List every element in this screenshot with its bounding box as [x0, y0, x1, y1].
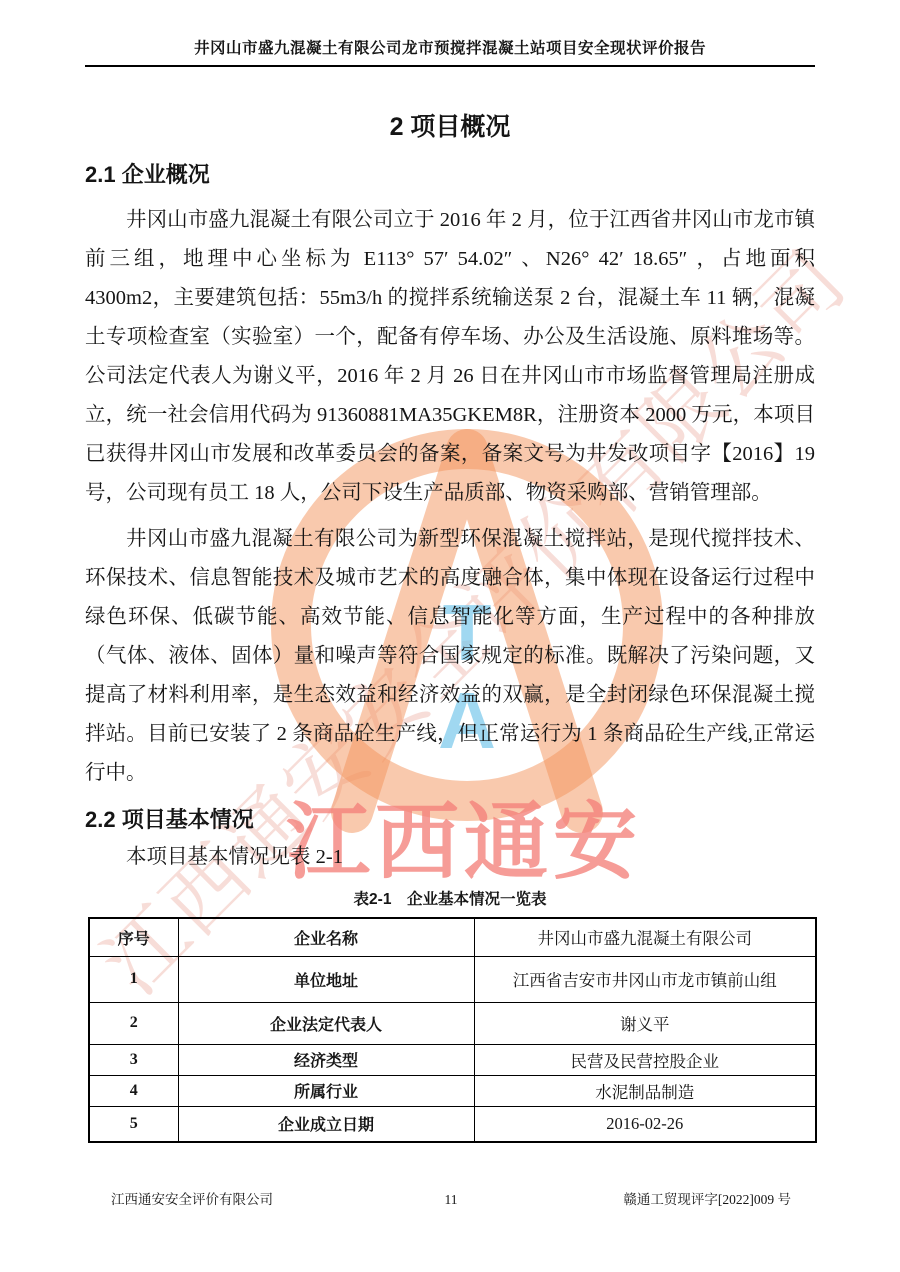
table-cell-label: 单位地址	[178, 956, 474, 1002]
table-cell-value: 井冈山市盛九混凝土有限公司	[474, 918, 816, 956]
table-row: 序号 企业名称 井冈山市盛九混凝土有限公司	[89, 918, 816, 956]
table-cell-no: 1	[89, 956, 178, 1002]
table-cell-value: 江西省吉安市井冈山市龙市镇前山组	[474, 956, 816, 1002]
table-cell-value: 谢义平	[474, 1002, 816, 1044]
table-cell-label: 经济类型	[178, 1044, 474, 1075]
table-row: 4 所属行业 水泥制品制造	[89, 1075, 816, 1106]
table-intro-text: 本项目基本情况见表 2-1	[85, 841, 815, 874]
table-cell-value: 2016-02-26	[474, 1106, 816, 1142]
table-cell-no: 5	[89, 1106, 178, 1142]
chapter-title: 2 项目概况	[85, 107, 815, 143]
table-cell-no: 序号	[89, 918, 178, 956]
table-row: 3 经济类型 民营及民营控股企业	[89, 1044, 816, 1075]
document-content: 井冈山市盛九混凝土有限公司龙市预搅拌混凝土站项目安全现状评价报告 2 项目概况 …	[85, 0, 815, 1143]
document-page: { "header": "井冈山市盛九混凝土有限公司龙市预搅拌混凝土站项目安全现…	[0, 0, 900, 1272]
footer-document-number: 赣通工贸现评字[2022]009 号	[458, 1188, 816, 1208]
table-cell-no: 2	[89, 1002, 178, 1044]
section-heading-2-1: 2.1 企业概况	[85, 158, 815, 189]
table-row: 5 企业成立日期 2016-02-26	[89, 1106, 816, 1142]
table-cell-no: 3	[89, 1044, 178, 1075]
section-heading-2-2: 2.2 项目基本情况	[85, 803, 815, 834]
table-cell-label: 所属行业	[178, 1075, 474, 1106]
footer-company-name: 江西通安安全评价有限公司	[85, 1188, 445, 1208]
table-caption: 表2-1 企业基本情况一览表	[85, 887, 815, 909]
table-cell-value: 民营及民营控股企业	[474, 1044, 816, 1075]
company-info-table: 序号 企业名称 井冈山市盛九混凝土有限公司 1 单位地址 江西省吉安市井冈山市龙…	[88, 917, 817, 1143]
table-cell-label: 企业名称	[178, 918, 474, 956]
table-row: 2 企业法定代表人 谢义平	[89, 1002, 816, 1044]
table-row: 1 单位地址 江西省吉安市井冈山市龙市镇前山组	[89, 956, 816, 1002]
table-cell-no: 4	[89, 1075, 178, 1106]
page-number: 11	[445, 1192, 458, 1208]
table-cell-value: 水泥制品制造	[474, 1075, 816, 1106]
table-cell-label: 企业成立日期	[178, 1106, 474, 1142]
paragraph-company-overview-1: 井冈山市盛九混凝土有限公司立于 2016 年 2 月，位于江西省井冈山市龙市镇前…	[85, 201, 815, 513]
report-header: 井冈山市盛九混凝土有限公司龙市预搅拌混凝土站项目安全现状评价报告	[85, 36, 815, 67]
paragraph-company-overview-2: 井冈山市盛九混凝土有限公司为新型环保混凝土搅拌站，是现代搅拌技术、环保技术、信息…	[85, 520, 815, 793]
table-cell-label: 企业法定代表人	[178, 1002, 474, 1044]
page-footer: 江西通安安全评价有限公司 11 赣通工贸现评字[2022]009 号	[85, 1188, 815, 1208]
